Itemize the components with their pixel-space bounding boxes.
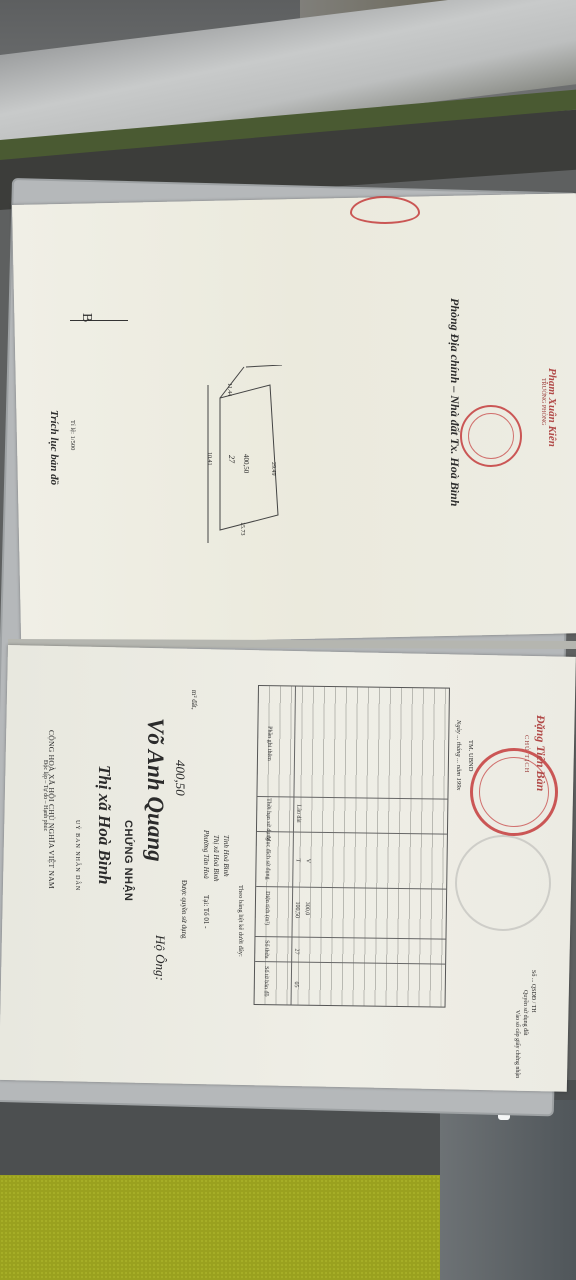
parcel-area: 400,50 xyxy=(242,454,250,473)
parcel-number: 27 xyxy=(227,455,236,463)
table-header: Thời hạn sử dụng xyxy=(265,798,272,840)
location-line: Thị xã Hoà Bình xyxy=(212,835,220,881)
table-header: Mục đích sử dụng xyxy=(264,836,271,880)
certificate-title: CHỨNG NHẬN xyxy=(122,820,134,901)
registry-line: Vào sổ cấp giấy chứng nhận xyxy=(514,1010,520,1078)
side-length: 11.44 xyxy=(226,383,232,396)
parcel-table: Số tờ bản đồ Số thửa Diện tích (m²) Mục … xyxy=(254,685,450,1008)
table-cell: 100,50 xyxy=(294,902,300,919)
department-stamp xyxy=(460,405,522,467)
registry-line: Số ... QSDĐ / TH xyxy=(530,970,536,1013)
north-label: B xyxy=(78,313,94,322)
table-cell: 300,0 xyxy=(304,902,310,916)
side-length: 29.49 xyxy=(270,462,276,476)
registry-line: Quyền sử dụng đất xyxy=(522,990,528,1035)
area-value: 400,50 xyxy=(172,760,188,796)
table-header: Diện tích (m²) xyxy=(264,891,270,925)
stamp-partial xyxy=(350,196,420,224)
side-length: 10.41 xyxy=(206,452,212,466)
table-header: Số tờ bản đồ xyxy=(263,966,269,996)
table-intro: Theo bảng liệt kê dưới đây: xyxy=(237,885,244,957)
table-cell: 05 xyxy=(293,982,299,988)
table-cell: 27 xyxy=(293,949,299,955)
table-header: Phần ghi thêm xyxy=(266,726,272,761)
table-cell: T xyxy=(295,859,301,863)
signature-title: CHỦ TỊCH xyxy=(523,735,530,773)
table-header-column xyxy=(255,686,296,1004)
map-scale: Tỉ lệ: 1/500 xyxy=(69,420,76,450)
area-unit: m² đất, xyxy=(190,690,198,710)
nation-motto: Độc lập – Tự do – Hạnh phúc xyxy=(42,760,48,831)
department-name: Phòng Địa chính – Nhà đất Tx. Hoà Bình xyxy=(447,298,462,506)
table-cell: V xyxy=(305,859,311,863)
embossed-seal xyxy=(455,835,551,931)
map-title: Trích lục bản đồ xyxy=(48,410,60,485)
background-yellow-mat xyxy=(0,1175,440,1280)
head-signature-name: Phạm Xuân Kiên xyxy=(546,368,558,447)
side-length: 15.73 xyxy=(239,522,245,536)
owner-name: Võ Anh Quang xyxy=(142,718,168,862)
signature-org: TM. UBND xyxy=(467,740,474,771)
use-right-label: Được quyền sử dụng xyxy=(180,880,188,939)
table-cell: Lâu dài xyxy=(295,805,301,823)
background-glass-reflection xyxy=(440,1100,576,1280)
owner-prefix: Hộ Ông: xyxy=(152,935,168,981)
location-label: Tại: Tổ 01 - xyxy=(202,895,210,929)
signature-date: Ngày ... tháng ... năm 199x xyxy=(455,720,462,790)
committee-label: UỶ BAN NHÂN DÂN xyxy=(74,820,80,891)
signature-name: Đặng Tiến Bàn xyxy=(533,715,548,791)
location-line: Phường Tân Hoà xyxy=(202,830,210,879)
location-line: Tỉnh Hoà Bình xyxy=(222,835,230,877)
table-header: Số thửa xyxy=(263,940,269,959)
nation-header: CỘNG HOÀ XÃ HỘI CHỦ NGHĨA VIỆT NAM xyxy=(47,730,56,889)
issuer-name: Thị xã Hoà Bình xyxy=(94,765,114,885)
